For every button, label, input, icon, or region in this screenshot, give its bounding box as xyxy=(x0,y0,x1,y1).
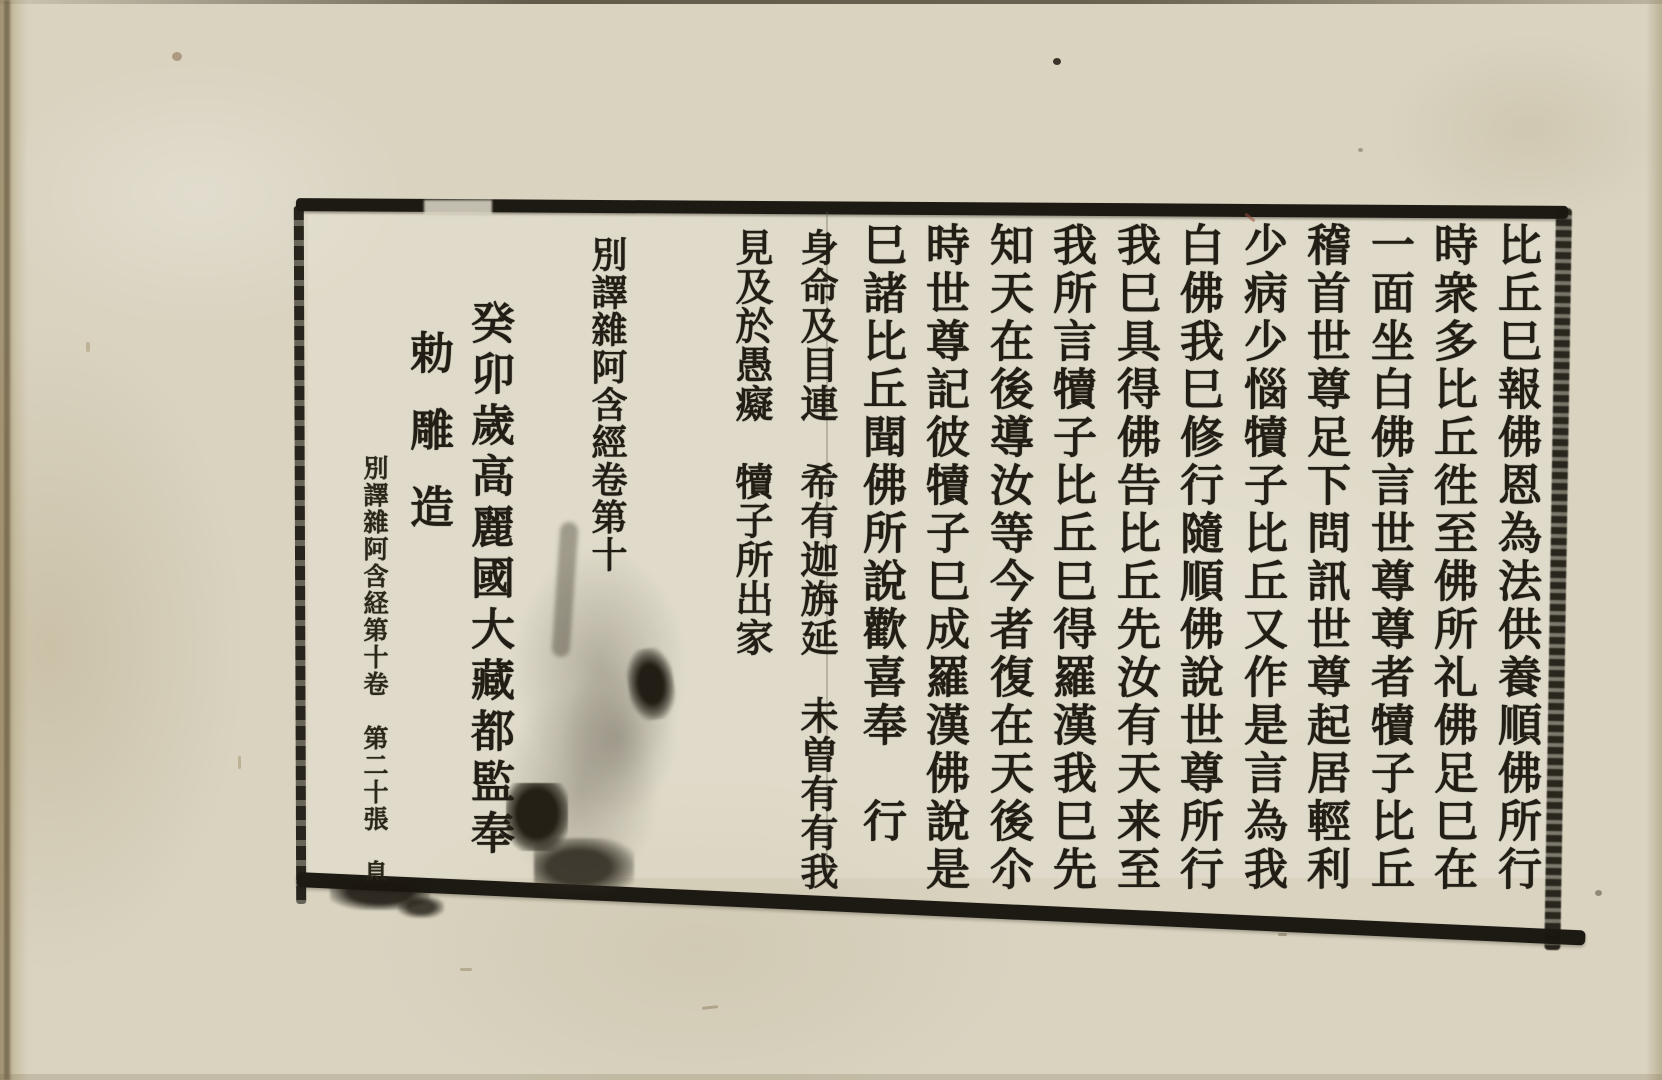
sutra-column-11: 巳諸比丘聞佛所說歡喜奉 行 xyxy=(848,222,912,846)
paper-speck xyxy=(1358,148,1363,152)
paper-fibre xyxy=(702,1005,718,1010)
paper-fibre xyxy=(86,342,90,352)
print-border-left xyxy=(294,206,306,904)
uddana-verse-column-2: 見及於愚癡 犢子所出家 xyxy=(724,228,779,657)
paper-speck xyxy=(172,52,182,61)
colophon-column-1: 癸卯歲高麗國大藏都監奉 xyxy=(456,300,520,861)
ink-smudge-border xyxy=(398,896,444,918)
sutra-column-6: 白佛我巳修行隨順佛說世尊所行 xyxy=(1165,222,1229,894)
volume-end-title: 別譯雜阿含經卷第十 xyxy=(582,236,633,574)
sutra-column-8: 我所言犢子比丘巳得羅漢我巳先 xyxy=(1038,222,1102,894)
sheet-number-margin-note: 別譯雜阿含経第十卷 第二十張 息 xyxy=(356,455,392,887)
page-left-crease xyxy=(4,0,10,1080)
page-bottom-edge xyxy=(0,1074,1662,1080)
paper-speck xyxy=(1595,890,1602,896)
page-top-edge xyxy=(0,0,1662,4)
paper-fibre xyxy=(238,756,241,769)
paper-speck xyxy=(1053,58,1061,65)
paper-fibre xyxy=(1278,933,1287,936)
uddana-verse-column-1: 身命及目連 希有迦旃延 未曽有有我 xyxy=(789,228,844,891)
scanned-sutra-page: 比丘巳報佛恩為法供養順佛所行 時衆多比丘徃至佛所礼佛足巳在 一面坐白佛言世尊尊者… xyxy=(0,0,1662,1080)
print-border-ink-skip xyxy=(424,200,492,215)
colophon-column-2: 勅雕造 xyxy=(395,330,459,561)
sutra-column-7: 我巳具得佛告比丘先汝有天来至 xyxy=(1102,222,1166,894)
sutra-column-10: 時世尊記彼犢子巳成羅漢佛說是 xyxy=(911,222,975,894)
sutra-column-9: 知天在後導汝等今者復在天後尒 xyxy=(975,222,1039,894)
page-right-edge xyxy=(1646,0,1662,1080)
sutra-column-1: 比丘巳報佛恩為法供養順佛所行 xyxy=(1483,222,1547,894)
paper-fibre xyxy=(460,968,472,971)
sutra-column-2: 時衆多比丘徃至佛所礼佛足巳在 xyxy=(1419,222,1483,894)
sutra-column-4: 稽首世尊足下問訊世尊起居輕利 xyxy=(1292,222,1356,894)
sutra-column-5: 少病少惱犢子比丘又作是言為我 xyxy=(1229,222,1293,894)
sutra-column-3: 一面坐白佛言世尊尊者犢子比丘 xyxy=(1356,222,1420,894)
